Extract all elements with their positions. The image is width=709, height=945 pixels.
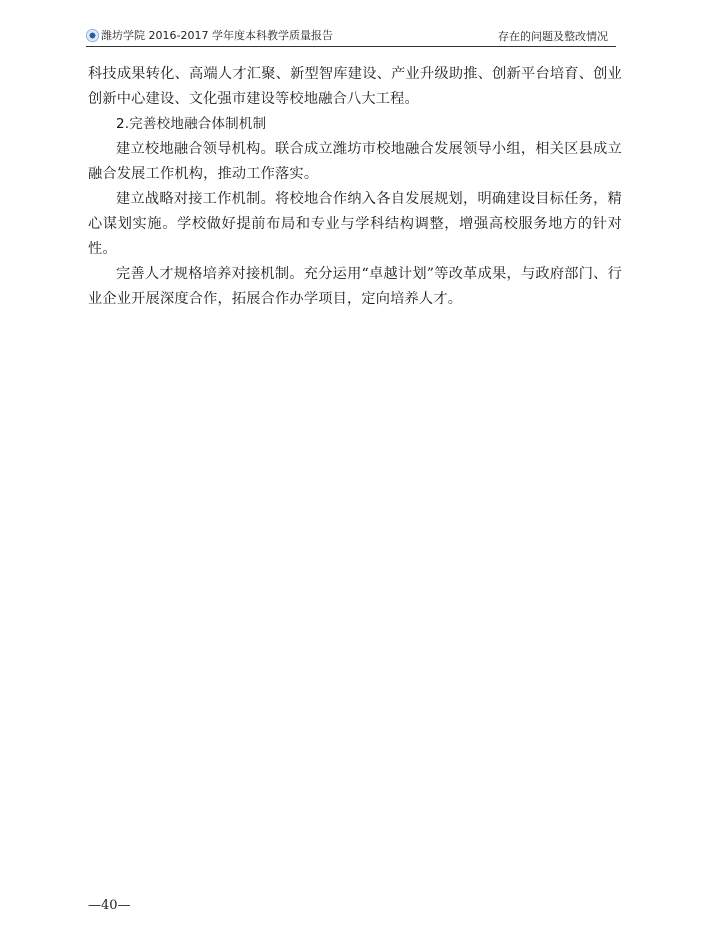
report-title: 潍坊学院 2016-2017 学年度本科教学质量报告	[101, 27, 333, 43]
paragraph-continuation: 科技成果转化、高端人才汇聚、新型智库建设、产业升级助推、创新平台培育、创业创新中…	[88, 62, 622, 112]
page-header: 潍坊学院 2016-2017 学年度本科教学质量报告 存在的问题及整改情况	[86, 26, 616, 47]
paragraph: 建立战略对接工作机制。将校地合作纳入各自发展规划，明确建设目标任务，精心谋划实施…	[88, 187, 622, 262]
section-title: 存在的问题及整改情况	[498, 28, 608, 44]
paragraph: 建立校地融合领导机构。联合成立潍坊市校地融合发展领导小组，相关区县成立融合发展工…	[88, 137, 622, 187]
section-heading: 2.完善校地融合体制机制	[88, 112, 622, 137]
page-number: —40—	[88, 898, 131, 913]
university-logo-icon	[86, 29, 99, 42]
paragraph: 完善人才规格培养对接机制。充分运用“卓越计划”等改革成果，与政府部门、行业企业开…	[88, 262, 622, 312]
document-body: 科技成果转化、高端人才汇聚、新型智库建设、产业升级助推、创新平台培育、创业创新中…	[88, 62, 622, 312]
header-left: 潍坊学院 2016-2017 学年度本科教学质量报告	[86, 27, 333, 43]
